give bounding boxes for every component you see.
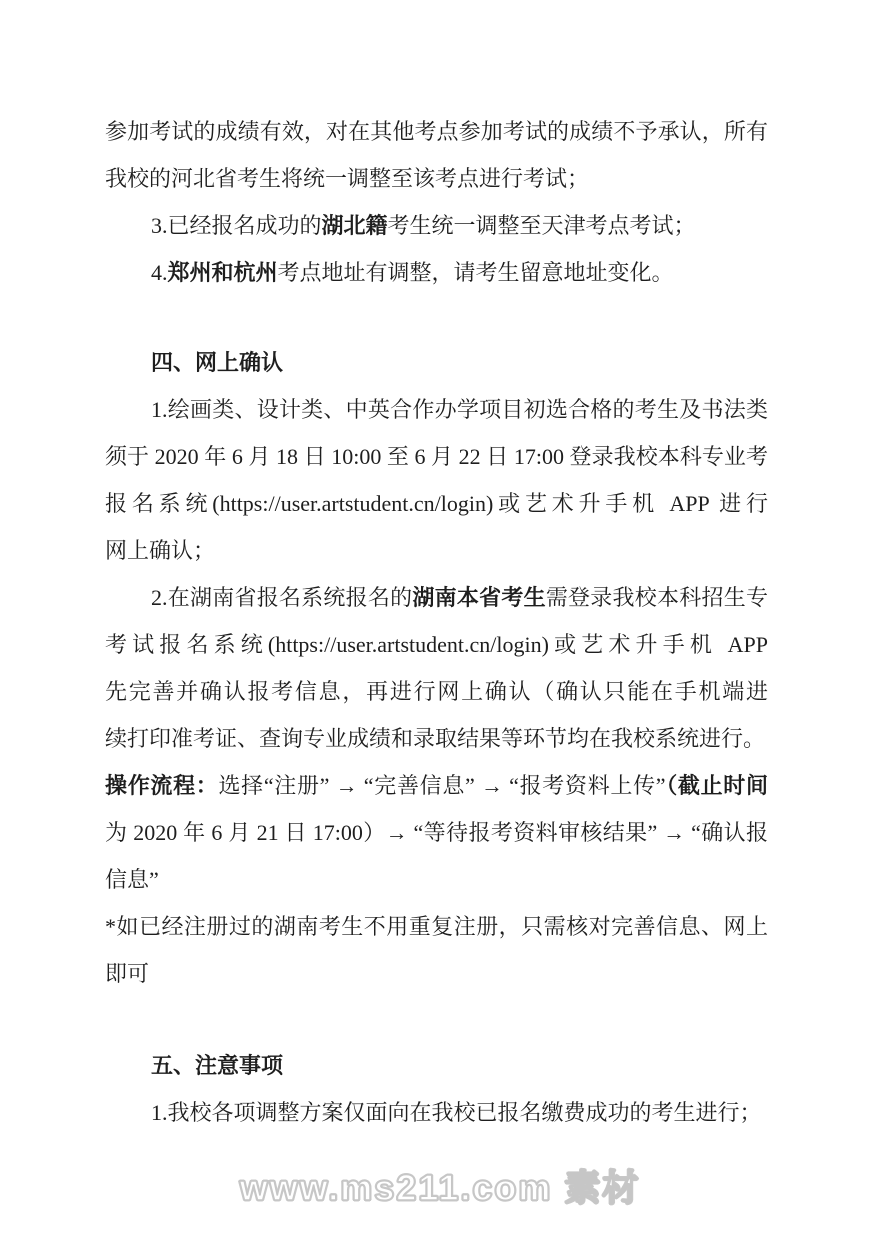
text-run: 须于 2020 年 6 月 18 日 10:00 至 6 月 22 日 17:0… [105,444,768,480]
text-run: 考生统一调整至天津考点考试； [388,213,696,238]
text-run: 考试报名系统(https://user.artstudent.cn/login)… [105,632,768,657]
bold-text-run: （截止时间 [666,773,768,798]
watermark: www.ms211.com 素材 [0,1160,880,1211]
text-run: 选择“注册” → “完善信息” → “报考资料上传” [218,773,665,798]
text-run: 续打印准考证、查询专业成绩和录取结果等环节均在我校系统进行。 [105,726,765,751]
bold-text-run: 操作流程： [105,773,218,798]
text-run: 报名系统(https://user.artstudent.cn/login)或艺… [105,491,768,516]
text-line: 2.在湖南省报名系统报名的湖南本省考生需登录我校本科招生专业 [105,574,768,621]
text-line: 3.已经报名成功的湖北籍考生统一调整至天津考点考试； [105,202,768,249]
text-run: 网上确认； [105,538,215,563]
text-line: 操作流程：选择“注册” → “完善信息” → “报考资料上传”（截止时间 [105,762,768,809]
text-line: 参加考试的成绩有效，对在其他考点参加考试的成绩不予承认，所有报考 [105,108,768,155]
text-line: 信息” [105,856,768,903]
text-line: 四、网上确认 [105,339,768,386]
text-run: 即可 [105,961,149,986]
paragraph-gap [105,997,768,1042]
text-run: 我校的河北省考生将统一调整至该考点进行考试； [105,166,589,191]
text-run: 信息” [105,867,159,892]
text-line: 为 2020 年 6 月 21 日 17:00）→ “等待报考资料审核结果” →… [105,809,768,856]
text-line: 须于 2020 年 6 月 18 日 10:00 至 6 月 22 日 17:0… [105,433,768,480]
text-line: 网上确认； [105,527,768,574]
paragraph-gap [105,296,768,339]
text-run: 3.已经报名成功的 [151,213,322,238]
text-line: 4.郑州和杭州考点地址有调整，请考生留意地址变化。 [105,249,768,296]
text-line: 我校的河北省考生将统一调整至该考点进行考试； [105,155,768,202]
text-line: 续打印准考证、查询专业成绩和录取结果等环节均在我校系统进行。 [105,715,768,762]
text-run: 4. [151,260,168,285]
text-line: 即可 [105,950,768,997]
text-line: 1.绘画类、设计类、中英合作办学项目初选合格的考生及书法类考生 [105,386,768,433]
bold-text-run: 四、网上确认 [151,350,283,375]
document-body: 参加考试的成绩有效，对在其他考点参加考试的成绩不予承认，所有报考我校的河北省考生… [105,108,768,1136]
bold-text-run: 湖北籍 [322,213,388,238]
text-run: 2.在湖南省报名系统报名的 [151,585,412,610]
text-line: 先完善并确认报考信息，再进行网上确认（确认只能在手机端进行），后 [105,668,768,715]
text-run: 参加考试的成绩有效，对在其他考点参加考试的成绩不予承认，所有报考 [105,119,768,155]
bold-text-run: 郑州和杭州 [168,260,278,285]
text-line: *如已经注册过的湖南考生不用重复注册，只需核对完善信息、网上确认 [105,903,768,950]
text-run: 1.绘画类、设计类、中英合作办学项目初选合格的考生及书法类考生 [105,397,768,433]
text-run: *如已经注册过的湖南考生不用重复注册，只需核对完善信息、网上确认 [105,914,768,950]
bold-text-run: 五、注意事项 [151,1053,283,1078]
text-run: 1.我校各项调整方案仅面向在我校已报名缴费成功的考生进行； [151,1100,762,1125]
text-run: 为 2020 年 6 月 21 日 17:00）→ “等待报考资料审核结果” →… [105,820,768,856]
document-page: 参加考试的成绩有效，对在其他考点参加考试的成绩不予承认，所有报考我校的河北省考生… [0,0,880,1244]
text-line: 1.我校各项调整方案仅面向在我校已报名缴费成功的考生进行； [105,1089,768,1136]
text-line: 五、注意事项 [105,1042,768,1089]
text-line: 报名系统(https://user.artstudent.cn/login)或艺… [105,480,768,527]
text-run: 考点地址有调整，请考生留意地址变化。 [278,260,674,285]
bold-text-run: 湖南本省考生 [412,585,545,610]
text-line: 考试报名系统(https://user.artstudent.cn/login)… [105,621,768,668]
text-run: 先完善并确认报考信息，再进行网上确认（确认只能在手机端进行），后 [105,679,768,715]
